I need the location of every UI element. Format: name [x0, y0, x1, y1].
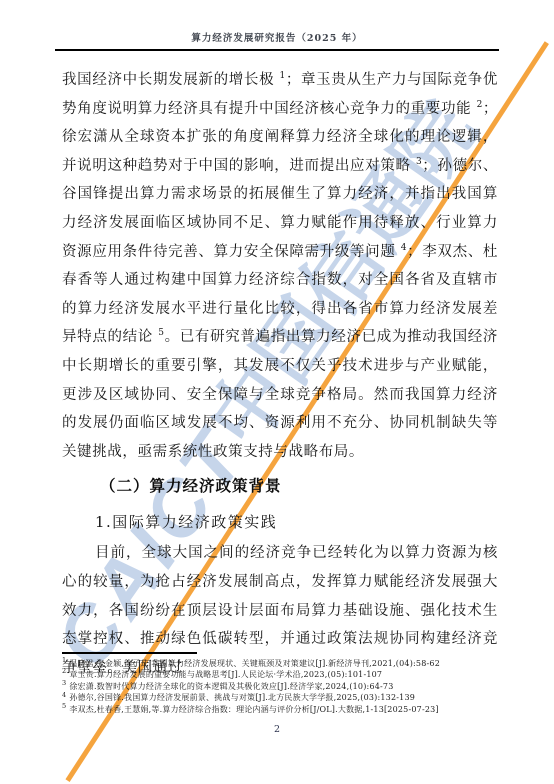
page-body: 我国经济中长期发展新的增长极 1；章玉贵从生产力与国际竞争优势角度说明算力经济具…	[62, 66, 498, 682]
section-heading: （二）算力经济政策背景	[62, 474, 498, 498]
report-page: CAICT中国信通院 算力经济发展研究报告（2025 年） 我国经济中长期发展新…	[0, 0, 554, 784]
page-header: 算力经济发展研究报告（2025 年）	[55, 30, 499, 51]
footnote-number: 1	[62, 656, 66, 664]
footnote-ref: 2	[477, 100, 483, 110]
footnote-item: 3徐宏潇.数智时代算力经济全球化的资本逻辑及其极化效应[J].经济学家,2024…	[62, 681, 498, 693]
footnote-ref: 5	[158, 329, 164, 339]
footnote-separator	[62, 652, 197, 654]
footnote-ref: 3	[416, 157, 422, 167]
footnote-item: 1温晓君,张金颖,徐子凡.我国算力经济发展现状、关键瓶颈及对策建议[J].新经济…	[62, 658, 498, 670]
page-number: 2	[0, 724, 554, 735]
footnote-ref: 4	[401, 243, 407, 253]
footnote-ref: 1	[280, 71, 286, 81]
footnotes-list: 1温晓君,张金颖,徐子凡.我国算力经济发展现状、关键瓶颈及对策建议[J].新经济…	[62, 658, 498, 716]
footnote-item: 2章玉贵.算力经济发展的重要功能与战略思考[J].人民论坛·学术沿,2023,(…	[62, 669, 498, 681]
header-rule	[55, 49, 499, 51]
header-title: 算力经济发展研究报告（2025 年）	[55, 30, 499, 44]
footnote-item: 5李双杰,杜春香,王慧娟,等.算力经济综合指数：理论内涵与评价分析[J/OL].…	[62, 704, 498, 716]
paragraph-literature-review: 我国经济中长期发展新的增长极 1；章玉贵从生产力与国际竞争优势角度说明算力经济具…	[62, 66, 498, 466]
subsection-heading: 1.国际算力经济政策实践	[62, 511, 498, 533]
footnote-item: 4孙德尔,谷国锋.我国算力经济发展前景、挑战与对策[J].北方民族大学学报,20…	[62, 692, 498, 704]
footnote-area: 1温晓君,张金颖,徐子凡.我国算力经济发展现状、关键瓶颈及对策建议[J].新经济…	[62, 652, 498, 715]
footnote-number: 3	[62, 679, 66, 687]
footnote-number: 4	[62, 691, 66, 699]
footnote-number: 2	[62, 667, 66, 675]
footnote-number: 5	[62, 702, 66, 710]
